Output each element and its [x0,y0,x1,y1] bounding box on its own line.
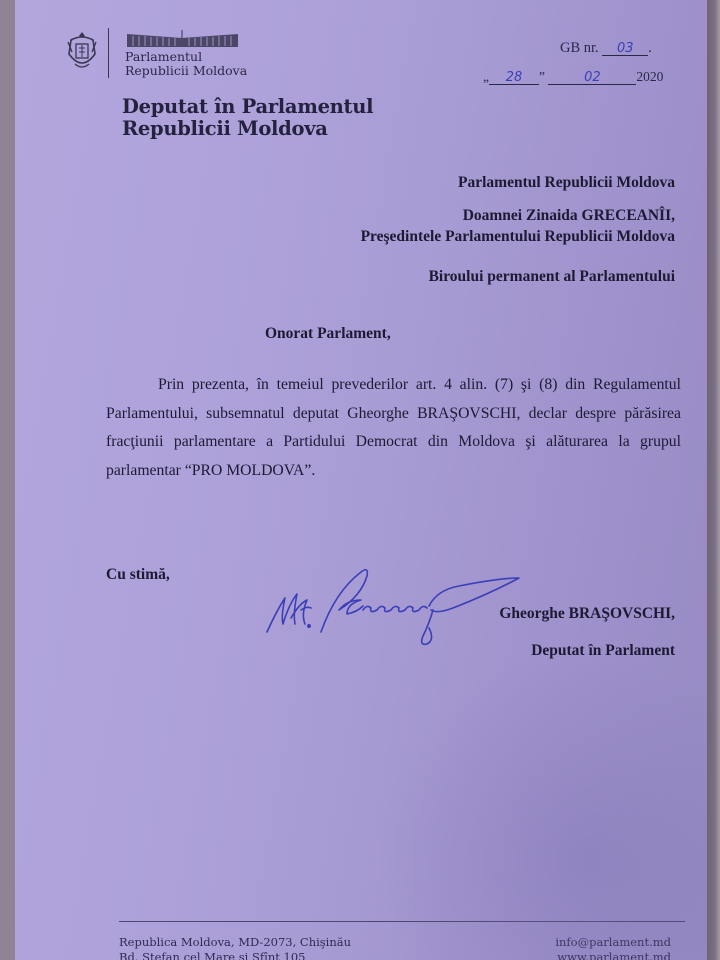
footer-email[interactable]: info@parlament.md [555,935,671,950]
logo-text: Parlamentul Republicii Moldova [125,50,247,78]
sender-line1: Deputat în Parlamentul [122,96,373,118]
logo-divider [108,28,109,78]
gb-suffix: . [648,40,652,56]
footer-divider [119,921,685,922]
document-page: Parlamentul Republicii Moldova GB nr. 03… [15,0,707,960]
salutation: Onorat Parlament, [265,325,391,343]
footer-address-line2: Bd. Ştefan cel Mare şi Sfînt 105 [119,950,351,960]
footer-contact: info@parlament.md www.parlament.md [555,935,671,960]
photo-background-edge [707,0,720,960]
footer-address-line1: Republica Moldova, MD-2073, Chişinău [119,935,351,950]
footer-address: Republica Moldova, MD-2073, Chişinău Bd.… [119,935,351,960]
date-year: 2020 [636,69,663,84]
handwritten-signature [263,562,523,654]
date-day-handwritten: 28 [489,72,539,85]
coat-of-arms-icon [65,30,99,74]
date-month-handwritten: 02 [548,72,636,85]
signer-title: Deputat în Parlament [531,642,675,660]
gb-number-handwritten: 03 [602,42,648,56]
sender-heading: Deputat în Parlamentul Republicii Moldov… [122,96,373,140]
recipient-addressee: Doamnei Zinaida GRECEANÎI, Preşedintele … [361,205,675,247]
recipient-office: Biroului permanent al Parlamentului [429,266,675,287]
addressee-name: Doamnei Zinaida GRECEANÎI, [361,205,675,226]
document-date: „28” 022020 [483,69,663,85]
gb-label: GB nr. [560,40,599,56]
footer-website[interactable]: www.parlament.md [555,950,671,960]
addressee-title: Preşedintele Parlamentului Republicii Mo… [361,226,675,247]
date-close-quote: ” [539,69,545,84]
letter-body: Prin prezenta, în temeiul prevederilor a… [106,371,681,485]
logo-line2: Republicii Moldova [125,64,247,78]
recipient-institution: Parlamentul Republicii Moldova [458,172,675,193]
signer-name: Gheorghe BRAŞOVSCHI, [499,605,675,623]
parliament-building-icon [125,30,240,48]
sender-line2: Republicii Moldova [122,118,373,140]
logo-line1: Parlamentul [125,50,247,64]
registration-number: GB nr. 03. [560,40,652,57]
closing: Cu stimă, [106,566,170,584]
